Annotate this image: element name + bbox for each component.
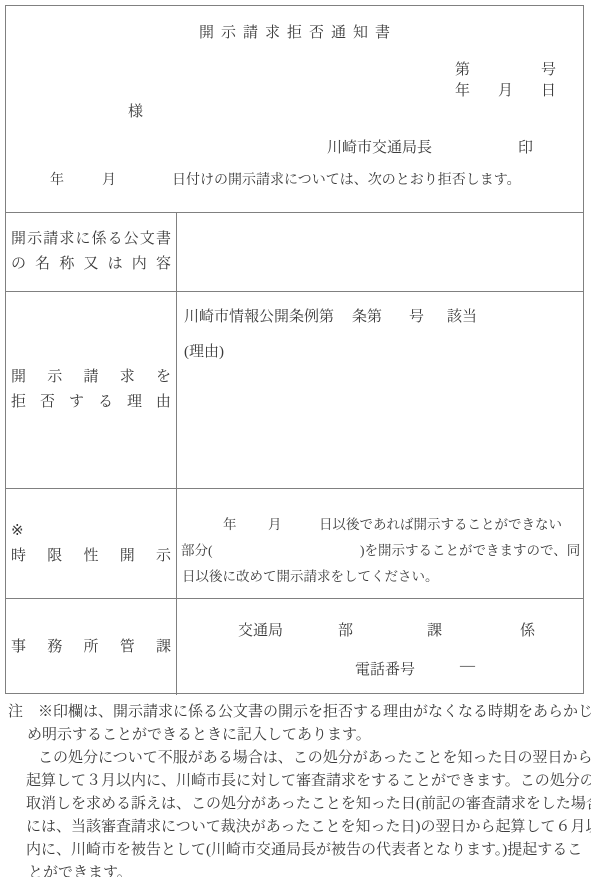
table-row-document-name: 開示請求に係る公文書 の名称又は内容 (6, 212, 583, 291)
tl-line1-text: 日以後であれば開示することができない (319, 513, 562, 533)
form-border-box: 開示請求拒否通知書 第 号 年 月 日 様 川崎市交通局長 印 年 月 日付けの… (5, 5, 584, 694)
disclosure-refusal-notice-page: { "document": { "title": "開示請求拒否通知書", "d… (0, 0, 591, 877)
office-label-text: 事務所管課 (11, 639, 171, 656)
issue-date-line: 年 月 日 (455, 79, 556, 100)
doc-number-suffix: 号 (541, 58, 556, 79)
asterisk-mark: ※ (11, 523, 171, 540)
note2-line5: 内に、川崎市を被告として(川崎市交通局長が被告の代表者となります。)提起するこ (8, 839, 588, 862)
time-limited-label: ※ 時限性開示 (6, 489, 177, 598)
note2-line2: 起算して３月以内に、川崎市長に対して審査請求をすることができます。この処分の (8, 770, 588, 793)
tl-line3-text: 日以後に改めて開示請求をしてください。 (182, 565, 439, 585)
doc-number-line: 第 号 (455, 58, 556, 79)
time-limited-content: 年 月 日以後であれば開示することができない 部分( )を開示することができます… (177, 489, 583, 598)
document-name-value (177, 213, 583, 291)
department-label: 部 (338, 619, 353, 640)
office-label: 事務所管課 (6, 599, 177, 695)
tl-part-open: 部分( (181, 539, 213, 559)
request-statement: 日付けの開示請求については、次のとおり拒否します。 (172, 169, 521, 189)
phone-dash: ― (460, 658, 475, 675)
unit-label: 係 (520, 619, 535, 640)
tl-part-close: )を開示することができますので、同 (360, 539, 580, 559)
refusal-reason-label: 開示請求を 拒否する理由 (6, 292, 177, 488)
tl-month-label: 月 (268, 513, 282, 533)
date-day-label: 日 (541, 79, 556, 100)
applicable-label: 該当 (447, 305, 477, 326)
doc-number-prefix: 第 (455, 58, 470, 79)
request-year-label: 年 (50, 169, 64, 189)
document-name-label-line1: 開示請求に係る公文書 (11, 231, 171, 248)
table-row-refusal-reason: 開示請求を 拒否する理由 川崎市情報公開条例第 条第 号 該当 (理由) (6, 291, 583, 488)
office-content: 交通局 部 課 係 電話番号 ― (177, 599, 583, 695)
section-label: 課 (427, 619, 442, 640)
table-row-time-limited-disclosure: ※ 時限性開示 年 月 日以後であれば開示することができない 部分( )を開示す… (6, 488, 583, 598)
request-month-label: 月 (102, 169, 116, 189)
document-name-label: 開示請求に係る公文書 の名称又は内容 (6, 213, 177, 291)
note2-line3: 取消しを求める訴えは、この処分があったことを知った日(前記の審査請求をした場合 (8, 793, 588, 816)
date-month-label: 月 (498, 79, 513, 100)
refusal-reason-label-line2: 拒否する理由 (11, 394, 171, 411)
note2-line6: とができます。 (8, 862, 588, 877)
footer-notes: 注 ※印欄は、開示請求に係る公文書の開示を拒否する理由がなくなる時期をあらかじ … (8, 701, 588, 877)
addressee-honorific: 様 (128, 100, 143, 121)
table-row-office-in-charge: 事務所管課 交通局 部 課 係 電話番号 ― (6, 598, 583, 695)
document-name-label-line2: の名称又は内容 (11, 256, 171, 273)
time-limited-label-text: 時限性開示 (11, 548, 171, 565)
refusal-reason-content: 川崎市情報公開条例第 条第 号 該当 (理由) (177, 292, 583, 488)
item-suffix: 号 (409, 305, 424, 326)
note2-line4: には、当該審査請求について裁決があったことを知った日)の翌日から起算して６月以 (8, 816, 588, 839)
date-year-label: 年 (455, 79, 470, 100)
note1-line1: 注 ※印欄は、開示請求に係る公文書の開示を拒否する理由がなくなる時期をあらかじ (8, 701, 588, 724)
bureau-label: 交通局 (238, 619, 283, 640)
seal-mark: 印 (518, 136, 533, 157)
note1-line2: め明示することができるときに記入してあります。 (8, 724, 588, 747)
page-title: 開示請求拒否通知書 (6, 21, 583, 42)
phone-label: 電話番号 (355, 658, 415, 679)
ordinance-name: 川崎市情報公開条例第 (184, 305, 334, 326)
tl-year-label: 年 (223, 513, 237, 533)
sender-name: 川崎市交通局長 (327, 136, 432, 157)
note2-line1: この処分について不服がある場合は、この処分があったことを知った日の翌日から (8, 747, 588, 770)
refusal-reason-label-line1: 開示請求を (11, 369, 171, 386)
article-suffix: 条第 (352, 305, 382, 326)
reason-label: (理由) (184, 340, 224, 361)
